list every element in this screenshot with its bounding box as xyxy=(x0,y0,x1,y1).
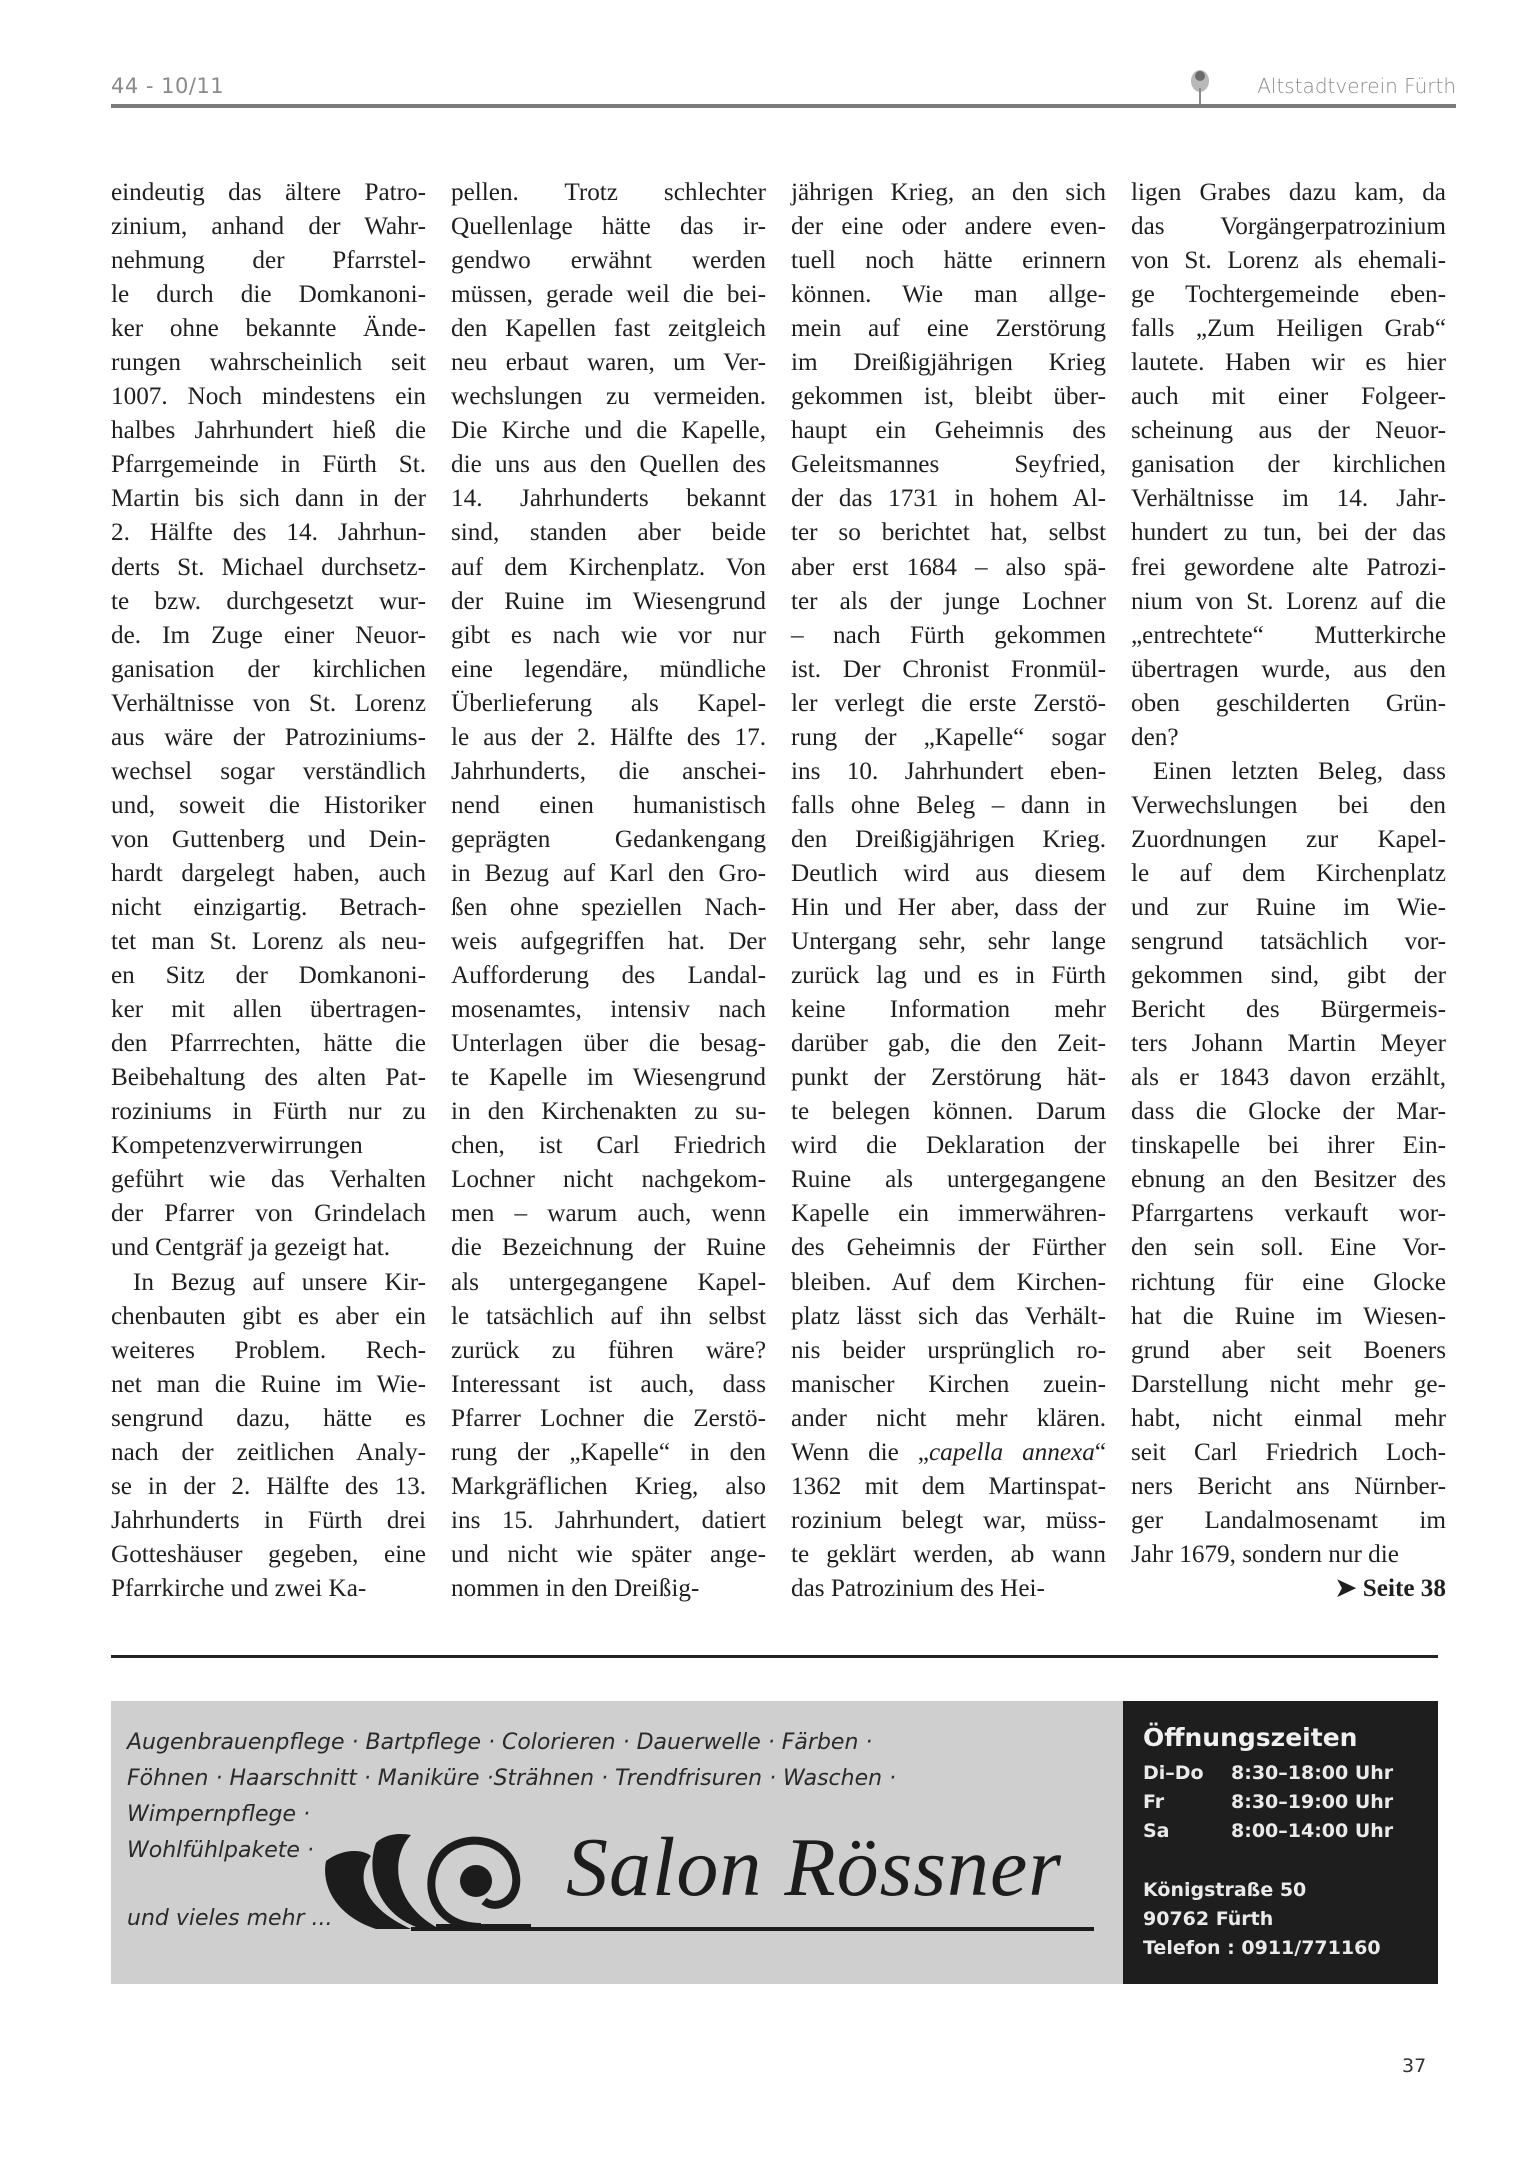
text-line: haupt ein Geheimnis des xyxy=(791,414,1106,448)
text-line: das Patrozinium des Hei- xyxy=(791,1572,1106,1606)
text-line: geführt wie das Verhalten xyxy=(111,1163,426,1197)
text-line: ger Landalmosenamt im xyxy=(1131,1504,1446,1538)
text-line: en Sitz der Domkanoni- xyxy=(111,959,426,993)
text-line: darüber gab, die den Zeit- xyxy=(791,1027,1106,1061)
text-line: Die Kirche und die Kapelle, xyxy=(451,414,766,448)
text-line: nach der zeitlichen Analy- xyxy=(111,1436,426,1470)
text-line: ge Tochtergemeinde eben- xyxy=(1131,278,1446,312)
text-line: le aus der 2. Hälfte des 17. xyxy=(451,721,766,755)
text-line: Überlieferung als Kapel- xyxy=(451,687,766,721)
more-services-text: und vieles mehr ... xyxy=(127,1906,333,1931)
text-line: Jahrhunderts, die anschei- xyxy=(451,755,766,789)
text-line: im Dreißigjährigen Krieg xyxy=(791,346,1106,380)
text-line: auf dem Kirchenplatz. Von xyxy=(451,551,766,585)
hours-row: Sa8:00–14:00 Uhr xyxy=(1143,1817,1393,1846)
text-line: der eine oder andere even- xyxy=(791,210,1106,244)
text-line: keine Information mehr xyxy=(791,993,1106,1027)
text-line: der Ruine im Wiesengrund xyxy=(451,585,766,619)
issue-number: 44 - 10/11 xyxy=(111,74,224,98)
text-line: Kompetenzverwirrungen xyxy=(111,1129,426,1163)
text-line: In Bezug auf unsere Kir- xyxy=(111,1266,426,1300)
hours-day: Sa xyxy=(1143,1817,1231,1846)
text-line: nend einen humanistisch xyxy=(451,789,766,823)
text-line: Zuordnungen zur Kapel- xyxy=(1131,823,1446,857)
text-line: richtung für eine Glocke xyxy=(1131,1266,1446,1300)
text-line: geprägten Gedankengang xyxy=(451,823,766,857)
article-column-1: eindeutig das ältere Patro-zinium, anhan… xyxy=(111,176,426,1606)
text-line: te Kapelle im Wiesengrund xyxy=(451,1061,766,1095)
text-line: können. Wie man allge- xyxy=(791,278,1106,312)
text-line: ters Johann Martin Meyer xyxy=(1131,1027,1446,1061)
article-column-4: ligen Grabes dazu kam, dadas Vorgängerpa… xyxy=(1131,176,1446,1606)
text-line: rungen wahrscheinlich seit xyxy=(111,346,426,380)
text-line: wechsel sogar verständlich xyxy=(111,755,426,789)
text-line: in Bezug auf Karl den Gro- xyxy=(451,857,766,891)
text-line: den sein soll. Eine Vor- xyxy=(1131,1231,1446,1265)
text-line: bleiben. Auf dem Kirchen- xyxy=(791,1266,1106,1300)
text-line: hundert zu tun, bei der das xyxy=(1131,516,1446,550)
organization-name: Altstadtverein Fürth xyxy=(1257,74,1456,98)
text-line: 1007. Noch mindestens ein xyxy=(111,380,426,414)
text-line: ins 10. Jahrhundert eben- xyxy=(791,755,1106,789)
text-line: manischer Kirchen zuein- xyxy=(791,1368,1106,1402)
text-line: le tatsächlich auf ihn selbst xyxy=(451,1300,766,1334)
address-street: Königstraße 50 xyxy=(1143,1876,1381,1905)
text-line: rozinium belegt war, müss- xyxy=(791,1504,1106,1538)
salon-underline xyxy=(411,1927,1094,1931)
salon-name: Salon Rössner xyxy=(566,1819,1062,1916)
text-line: ter so berichtet hat, selbst xyxy=(791,516,1106,550)
text-line: te bzw. durchgesetzt wur- xyxy=(111,585,426,619)
text-line: ebnung an den Besitzer des xyxy=(1131,1163,1446,1197)
text-line: ligen Grabes dazu kam, da xyxy=(1131,176,1446,210)
text-line: auch mit einer Folgeer- xyxy=(1131,380,1446,414)
text-line: zurück zu führen wäre? xyxy=(451,1334,766,1368)
text-line: Deutlich wird aus diesem xyxy=(791,857,1106,891)
text-line: Pfarrkirche und zwei Ka- xyxy=(111,1572,426,1606)
text-line: scheinung aus der Neuor- xyxy=(1131,414,1446,448)
text-line: weis aufgegriffen hat. Der xyxy=(451,925,766,959)
text-line: pellen. Trotz schlechter xyxy=(451,176,766,210)
text-line: ander nicht mehr klären. xyxy=(791,1402,1106,1436)
advertisement-salon: Augenbrauenpflege · Bartpflege · Colorie… xyxy=(111,1701,1438,1984)
text-line: Untergang sehr, sehr lange xyxy=(791,925,1106,959)
text-line: ners Bericht ans Nürnber- xyxy=(1131,1470,1446,1504)
text-line: aber erst 1684 – also spä- xyxy=(791,551,1106,585)
page-number: 37 xyxy=(1402,2055,1426,2077)
hours-day: Di–Do xyxy=(1143,1759,1231,1788)
header-divider xyxy=(111,104,1456,108)
text-line: se in der 2. Hälfte des 13. xyxy=(111,1470,426,1504)
text-line: nicht einzigartig. Betrach- xyxy=(111,891,426,925)
text-line: nehmung der Pfarrstel- xyxy=(111,244,426,278)
text-line: 2. Hälfte des 14. Jahrhun- xyxy=(111,516,426,550)
swirl-logo-icon xyxy=(316,1821,531,1936)
text-line: der Pfarrer von Grindelach xyxy=(111,1197,426,1231)
opening-hours: Di–Do8:30–18:00 Uhr Fr8:30–19:00 Uhr Sa8… xyxy=(1143,1759,1393,1846)
text-line: derts St. Michael durchsetz- xyxy=(111,551,426,585)
text-line: tinskapelle bei ihrer Ein- xyxy=(1131,1129,1446,1163)
text-line: ist. Der Chronist Fronmül- xyxy=(791,653,1106,687)
text-line: rung der „Kapelle“ in den xyxy=(451,1436,766,1470)
text-line: eine legendäre, mündliche xyxy=(451,653,766,687)
text-line: dass die Glocke der Mar- xyxy=(1131,1095,1446,1129)
text-line: seit Carl Friedrich Loch- xyxy=(1131,1436,1446,1470)
text-line: Ruine als untergegangene xyxy=(791,1163,1106,1197)
text-line: Verwechslungen bei den xyxy=(1131,789,1446,823)
text-line: Quellenlage hätte das ir- xyxy=(451,210,766,244)
text-line: Jahr 1679, sondern nur die xyxy=(1131,1538,1446,1572)
ad-services-panel: Augenbrauenpflege · Bartpflege · Colorie… xyxy=(111,1701,1123,1984)
text-line: le auf dem Kirchenplatz xyxy=(1131,857,1446,891)
text-line: Pfarrgemeinde in Fürth St. xyxy=(111,448,426,482)
text-line: den Dreißigjährigen Krieg. xyxy=(791,823,1106,857)
hours-time: 8:00–14:00 Uhr xyxy=(1231,1820,1393,1842)
services-line: Augenbrauenpflege · Bartpflege · Colorie… xyxy=(127,1725,896,1761)
text-line: die Bezeichnung der Ruine xyxy=(451,1231,766,1265)
text-line: Pfarrer Lochner die Zerstö- xyxy=(451,1402,766,1436)
text-line: sind, standen aber beide xyxy=(451,516,766,550)
text-line: und, soweit die Historiker xyxy=(111,789,426,823)
ad-contact-panel: Öffnungszeiten Di–Do8:30–18:00 Uhr Fr8:3… xyxy=(1123,1701,1438,1984)
services-line: Föhnen · Haarschnitt · Maniküre ·Strähne… xyxy=(127,1761,896,1797)
address-city: 90762 Fürth xyxy=(1143,1905,1381,1934)
text-line: Markgräflichen Krieg, also xyxy=(451,1470,766,1504)
text-line: Martin bis sich dann in der xyxy=(111,482,426,516)
text-line: gekommen ist, bleibt über- xyxy=(791,380,1106,414)
text-line: te geklärt werden, ab wann xyxy=(791,1538,1106,1572)
hours-row: Fr8:30–19:00 Uhr xyxy=(1143,1788,1393,1817)
hours-time: 8:30–18:00 Uhr xyxy=(1231,1762,1393,1784)
text-line: Kapelle ein immerwähren- xyxy=(791,1197,1106,1231)
text-line: mosenamtes, intensiv nach xyxy=(451,993,766,1027)
text-line: sengrund tatsächlich vor- xyxy=(1131,925,1446,959)
text-line: des Geheimnis der Fürther xyxy=(791,1231,1106,1265)
text-line: gibt es nach wie vor nur xyxy=(451,619,766,653)
text-line: mein auf eine Zerstörung xyxy=(791,312,1106,346)
article-column-3: jährigen Krieg, an den sichder eine oder… xyxy=(791,176,1106,1606)
text-line: Hin und Her aber, dass der xyxy=(791,891,1106,925)
text-line: Wenn die „capella annexa“ xyxy=(791,1436,1106,1470)
text-line: habt, nicht einmal mehr xyxy=(1131,1402,1446,1436)
text-line: net man die Ruine im Wie- xyxy=(111,1368,426,1402)
text-line: rung der „Kapelle“ sogar xyxy=(791,721,1106,755)
text-line: Aufforderung des Landal- xyxy=(451,959,766,993)
text-line: falls „Zum Heiligen Grab“ xyxy=(1131,312,1446,346)
text-line: chenbauten gibt es aber ein xyxy=(111,1300,426,1334)
text-line: neu erbaut waren, um Ver- xyxy=(451,346,766,380)
text-line: Verhältnisse von St. Lorenz xyxy=(111,687,426,721)
text-line: tet man St. Lorenz als neu- xyxy=(111,925,426,959)
address-phone: Telefon : 0911/771160 xyxy=(1143,1934,1381,1963)
text-line: und nicht wie später ange- xyxy=(451,1538,766,1572)
text-line: und Centgräf ja gezeigt hat. xyxy=(111,1231,426,1265)
text-line: men – warum auch, wenn xyxy=(451,1197,766,1231)
text-line: „entrechtete“ Mutterkirche xyxy=(1131,619,1446,653)
text-line: Gotteshäuser gegeben, eine xyxy=(111,1538,426,1572)
text-line: weiteres Problem. Rech- xyxy=(111,1334,426,1368)
text-line: übertragen wurde, aus den xyxy=(1131,653,1446,687)
text-line: hat die Ruine im Wiesen- xyxy=(1131,1300,1446,1334)
text-line: gekommen sind, gibt der xyxy=(1131,959,1446,993)
text-line: und zur Ruine im Wie- xyxy=(1131,891,1446,925)
magazine-page: 44 - 10/11 Altstadtverein Fürth eindeuti… xyxy=(0,0,1536,2170)
text-line: ins 15. Jahrhundert, datiert xyxy=(451,1504,766,1538)
text-line: Einen letzten Beleg, dass xyxy=(1131,755,1446,789)
text-line: eindeutig das ältere Patro- xyxy=(111,176,426,210)
text-line: wechslungen zu vermeiden. xyxy=(451,380,766,414)
text-line: – nach Fürth gekommen xyxy=(791,619,1106,653)
text-line: halbes Jahrhundert hieß die xyxy=(111,414,426,448)
text-line: lautete. Haben wir es hier xyxy=(1131,346,1446,380)
text-line: Verhältnisse im 14. Jahr- xyxy=(1131,482,1446,516)
text-line: den Pfarrrechten, hätte die xyxy=(111,1027,426,1061)
text-line: 1362 mit dem Martinspat- xyxy=(791,1470,1106,1504)
text-line: le durch die Domkanoni- xyxy=(111,278,426,312)
text-line: Beibehaltung des alten Pat- xyxy=(111,1061,426,1095)
text-line: sengrund dazu, hätte es xyxy=(111,1402,426,1436)
text-line: Geleitsmannes Seyfried, xyxy=(791,448,1106,482)
text-line: ßen ohne speziellen Nach- xyxy=(451,891,766,925)
text-line: Jahrhunderts in Fürth drei xyxy=(111,1504,426,1538)
text-line: aus wäre der Patroziniums- xyxy=(111,721,426,755)
text-line: jährigen Krieg, an den sich xyxy=(791,176,1106,210)
text-line: das Vorgängerpatrozinium xyxy=(1131,210,1446,244)
text-line: gendwo erwähnt werden xyxy=(451,244,766,278)
text-line: der das 1731 in hohem Al- xyxy=(791,482,1106,516)
text-line: grund aber seit Boeners xyxy=(1131,1334,1446,1368)
text-line: ter als der junge Lochner xyxy=(791,585,1106,619)
text-line: von Guttenberg und Dein- xyxy=(111,823,426,857)
text-line: wird die Deklaration der xyxy=(791,1129,1106,1163)
text-line: te belegen können. Darum xyxy=(791,1095,1106,1129)
text-line: den? xyxy=(1131,721,1446,755)
text-line: nis beider ursprünglich ro- xyxy=(791,1334,1106,1368)
text-line: de. Im Zuge einer Neuor- xyxy=(111,619,426,653)
text-line: Bericht des Bürgermeis- xyxy=(1131,993,1446,1027)
text-line: Darstellung nicht mehr ge- xyxy=(1131,1368,1446,1402)
italic-phrase: capella annexa xyxy=(929,1439,1095,1466)
text-line: in den Kirchenakten zu su- xyxy=(451,1095,766,1129)
text-line: frei gewordene alte Patrozi- xyxy=(1131,551,1446,585)
text-line: punkt der Zerstörung hät- xyxy=(791,1061,1106,1095)
salon-address: Königstraße 50 90762 Fürth Telefon : 091… xyxy=(1143,1876,1381,1963)
article-divider xyxy=(111,1655,1438,1658)
text-line: als er 1843 davon erzählt, xyxy=(1131,1061,1446,1095)
text-line: 14. Jahrhunderts bekannt xyxy=(451,482,766,516)
text-line: ler verlegt die erste Zerstö- xyxy=(791,687,1106,721)
text-line: nommen in den Dreißig- xyxy=(451,1572,766,1606)
text-line: oben geschilderten Grün- xyxy=(1131,687,1446,721)
text-line: ganisation der kirchlichen xyxy=(111,653,426,687)
text-line: roziniums in Fürth nur zu xyxy=(111,1095,426,1129)
text-line: falls ohne Beleg – dann in xyxy=(791,789,1106,823)
text-line: nium von St. Lorenz auf die xyxy=(1131,585,1446,619)
text-line: den Kapellen fast zeitgleich xyxy=(451,312,766,346)
text-line: müssen, gerade weil die bei- xyxy=(451,278,766,312)
article-body: eindeutig das ältere Patro-zinium, anhan… xyxy=(111,176,1441,1626)
text-line: chen, ist Carl Friedrich xyxy=(451,1129,766,1163)
hours-day: Fr xyxy=(1143,1788,1231,1817)
article-column-2: pellen. Trotz schlechterQuellenlage hätt… xyxy=(451,176,766,1606)
text-line: Interessant ist auch, dass xyxy=(451,1368,766,1402)
text-line: von St. Lorenz als ehemali- xyxy=(1131,244,1446,278)
opening-hours-title: Öffnungszeiten xyxy=(1143,1723,1357,1752)
text-line: ganisation der kirchlichen xyxy=(1131,448,1446,482)
text-line: hardt dargelegt haben, auch xyxy=(111,857,426,891)
text-line: Pfarrgartens verkauft wor- xyxy=(1131,1197,1446,1231)
tree-icon xyxy=(1189,68,1211,106)
text-line: ker mit allen übertragen- xyxy=(111,993,426,1027)
text-line: Lochner nicht nachgekom- xyxy=(451,1163,766,1197)
continued-on-link[interactable]: ➤ Seite 38 xyxy=(1131,1572,1446,1606)
text-line: zinium, anhand der Wahr- xyxy=(111,210,426,244)
text-line: die uns aus den Quellen des xyxy=(451,448,766,482)
hours-row: Di–Do8:30–18:00 Uhr xyxy=(1143,1759,1393,1788)
text-line: ker ohne bekannte Ände- xyxy=(111,312,426,346)
text-line: platz lässt sich das Verhält- xyxy=(791,1300,1106,1334)
text-line: zurück lag und es in Fürth xyxy=(791,959,1106,993)
text-line: Unterlagen über die besag- xyxy=(451,1027,766,1061)
text-line: als untergegangene Kapel- xyxy=(451,1266,766,1300)
text-line: tuell noch hätte erinnern xyxy=(791,244,1106,278)
hours-time: 8:30–19:00 Uhr xyxy=(1231,1791,1393,1813)
